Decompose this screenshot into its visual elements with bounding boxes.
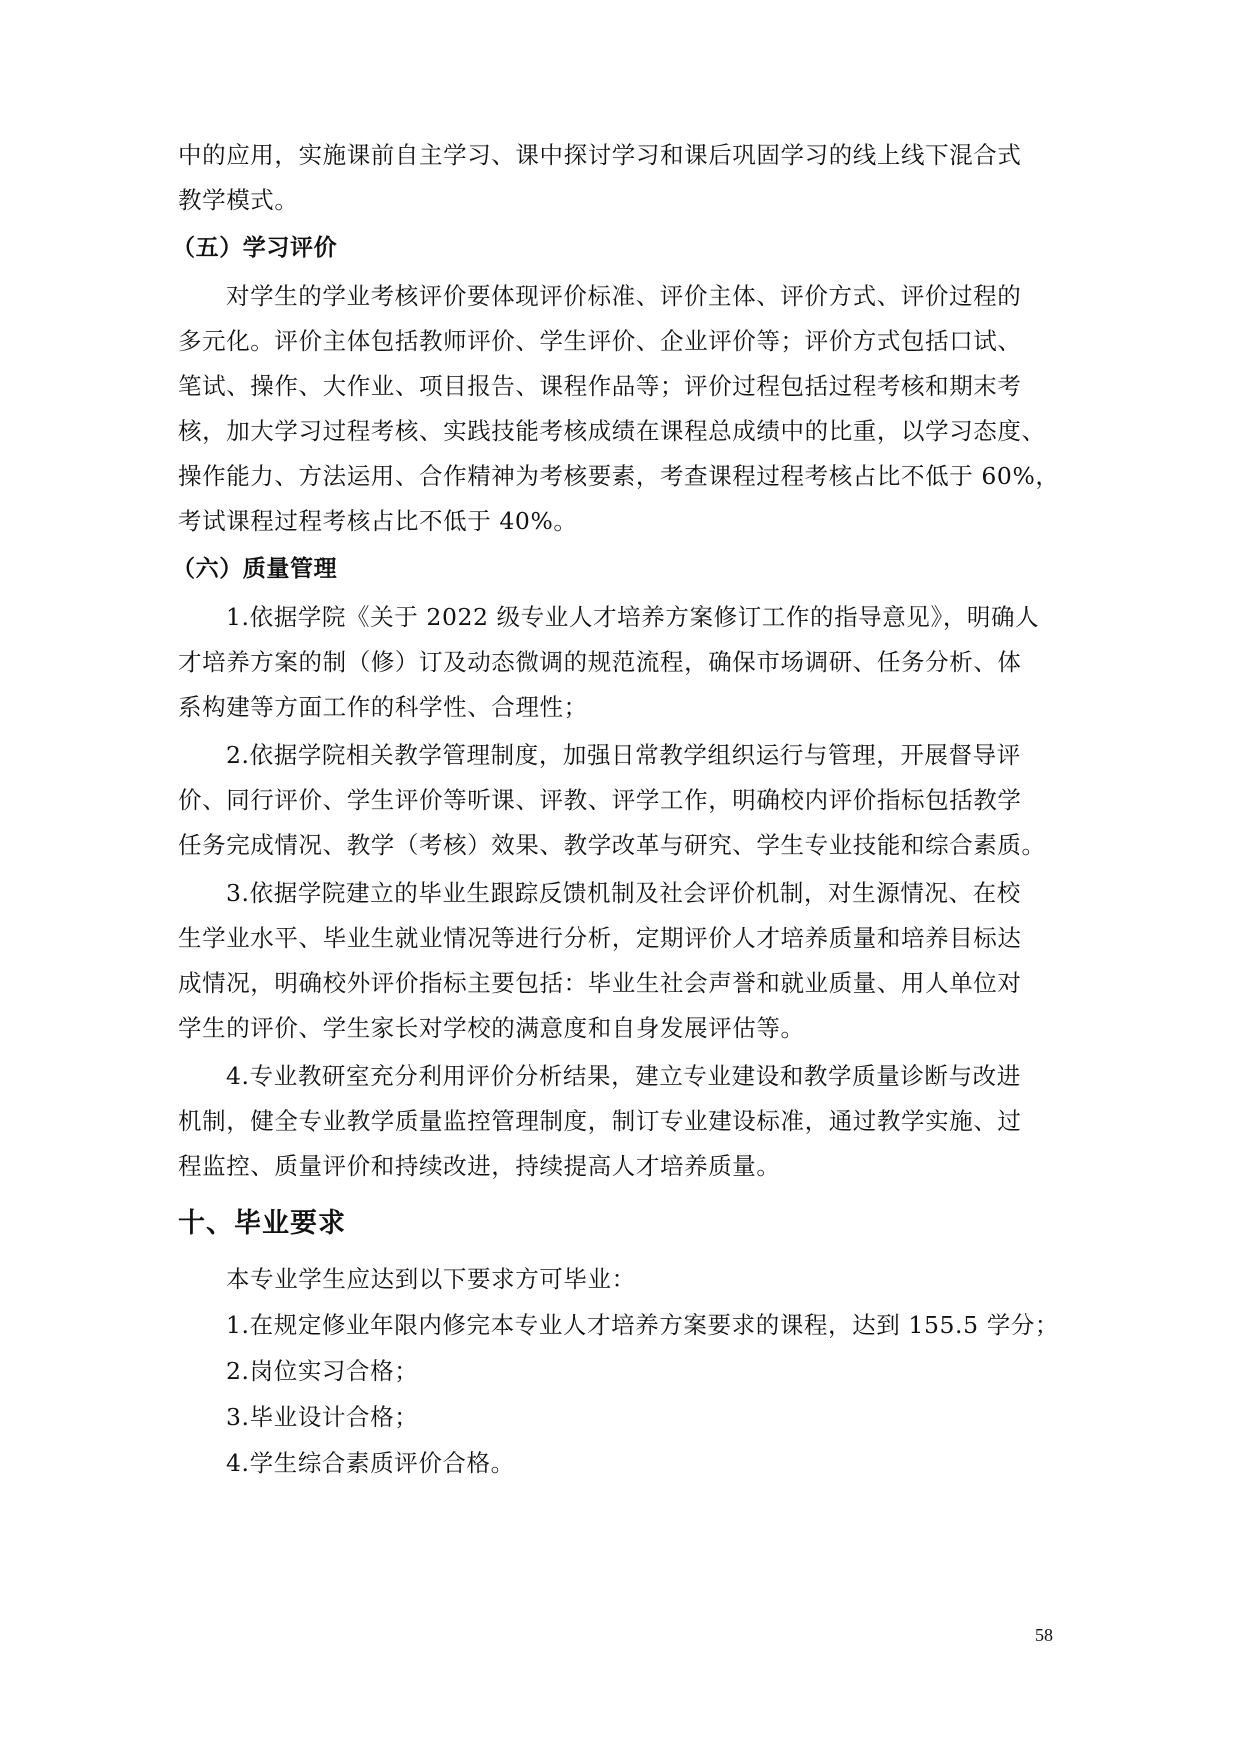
list-item-line: 才培养方案的制（修）订及动态微调的规范流程，确保市场调研、任务分析、体 [178,647,1022,677]
requirement-item: 2.岗位实习合格； [226,1356,418,1386]
paragraph-line: 对学生的学业考核评价要体现评价标准、评价主体、评价方式、评价过程的 [226,281,1021,311]
list-item-line: 生学业水平、毕业生就业情况等进行分析，定期评价人才培养质量和培养目标达 [178,923,1022,953]
page-number: 58 [1035,1625,1053,1646]
list-item-line: 任务完成情况、教学（考核）效果、教学改革与研究、学生专业技能和综合素质。 [178,830,1046,860]
section-heading-graduation-requirements: 十、毕业要求 [178,1209,346,1239]
paragraph-line: 本专业学生应达到以下要求方可毕业： [226,1264,636,1294]
list-item-line: 系构建等方面工作的科学性、合理性； [178,692,588,722]
list-item-line: 价、同行评价、学生评价等听课、评教、评学工作，明确校内评价指标包括教学 [178,785,1022,815]
paragraph-line: 多元化。评价主体包括教师评价、学生评价、企业评价等；评价方式包括口试、 [178,326,1022,356]
list-item-line: 3.依据学院建立的毕业生跟踪反馈机制及社会评价机制，对生源情况、在校 [226,878,1021,908]
paragraph-line: 笔试、操作、大作业、项目报告、课程作品等；评价过程包括过程考核和期末考 [178,371,1022,401]
section-heading-learning-evaluation: （五）学习评价 [172,233,337,263]
paragraph-line: 考试课程过程考核占比不低于 40%。 [178,506,578,536]
requirement-item: 4.学生综合素质评价合格。 [226,1448,515,1478]
paragraph-line: 中的应用，实施课前自主学习、课中探讨学习和课后巩固学习的线上线下混合式 [178,140,1022,170]
section-heading-quality-management: （六）质量管理 [172,554,337,584]
requirement-item: 1.在规定修业年限内修完本专业人才培养方案要求的课程，达到 155.5 学分； [226,1310,1059,1340]
list-item-line: 4.专业教研室充分利用评价分析结果，建立专业建设和教学质量诊断与改进 [226,1061,1021,1091]
paragraph-line: 教学模式。 [178,185,299,215]
requirement-item: 3.毕业设计合格； [226,1402,418,1432]
list-item-line: 学生的评价、学生家长对学校的满意度和自身发展评估等。 [178,1013,805,1043]
list-item-line: 机制，健全专业教学质量监控管理制度，制订专业建设标准，通过教学实施、过 [178,1106,1022,1136]
list-item-line: 程监控、质量评价和持续改进，持续提高人才培养质量。 [178,1151,781,1181]
paragraph-line: 操作能力、方法运用、合作精神为考核要素，考查课程过程考核占比不低于 60%， [178,461,1060,491]
list-item-line: 2.依据学院相关教学管理制度，加强日常教学组织运行与管理，开展督导评 [226,740,1021,770]
list-item-line: 1.依据学院《关于 2022 级专业人才培养方案修订工作的指导意见》，明确人 [226,602,1039,632]
list-item-line: 成情况，明确校外评价指标主要包括：毕业生社会声誉和就业质量、用人单位对 [178,968,1022,998]
paragraph-line: 核，加大学习过程考核、实践技能考核成绩在课程总成绩中的比重，以学习态度、 [178,416,1046,446]
